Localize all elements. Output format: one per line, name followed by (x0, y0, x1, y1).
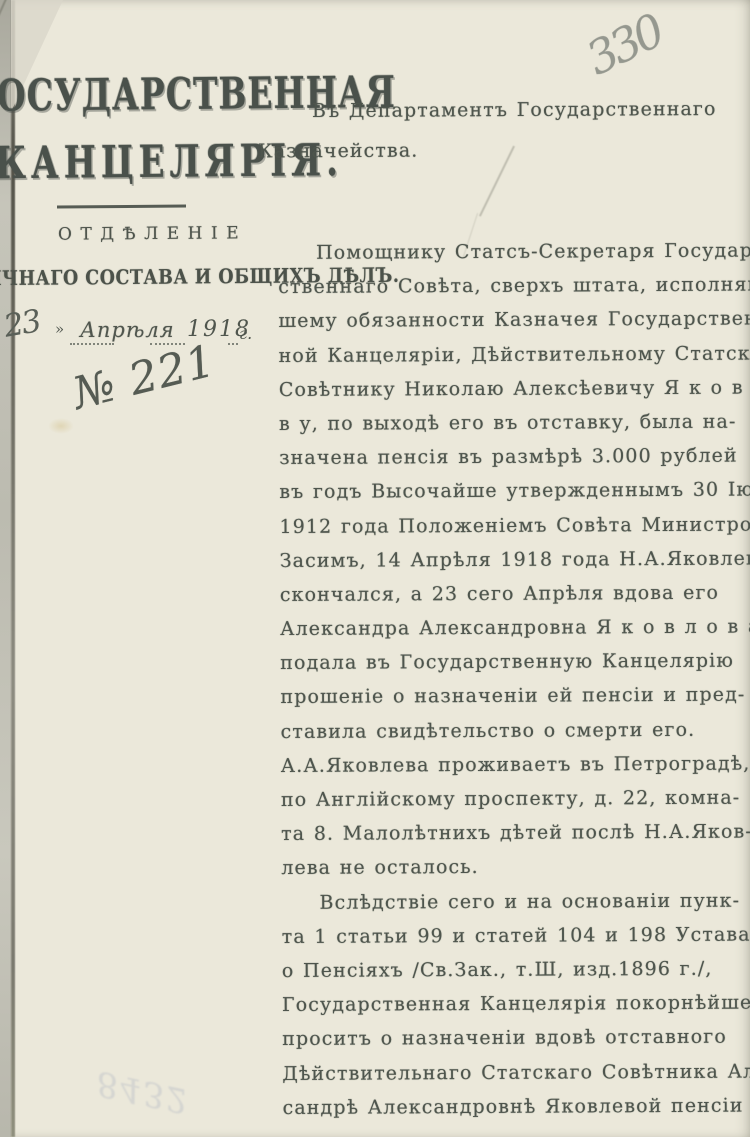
handwritten-day: 23 (1, 303, 42, 345)
typed-line: ственнаго Совѣта, сверхъ штата, исполняв… (278, 267, 750, 304)
addressee-line: Въ Департаментъ Государственнаго (312, 98, 717, 122)
typed-line: шему обязанности Казначея Государствен - (278, 302, 750, 339)
typed-line: въ годъ Высочайше утвержденнымъ 30 Іюля (279, 473, 750, 510)
scanned-document-page: 330 8432 ГОСУДАРСТВЕННАЯ КАНЦЕЛЯРІЯ. ОТД… (0, 0, 750, 1137)
typed-line: проситъ о назначеніи вдовѣ отставного (282, 1020, 750, 1057)
typed-line: Государственная Канцелярія покорнѣйше (282, 985, 750, 1022)
typed-line: в у, по выходѣ его въ отставку, была на- (279, 404, 750, 441)
letterhead-department-label: ОТДѢЛЕНІЕ (58, 223, 247, 244)
date-year-suffix: г. (239, 324, 252, 343)
dotted-leader (228, 342, 238, 345)
dotted-leader (70, 342, 114, 345)
typed-line: Вслѣдствіе сего и на основаніи пунк- (281, 883, 750, 920)
typed-line: прошеніе о назначеніи ей пенсіи и пред- (280, 678, 750, 715)
pencil-folio-number: 330 (578, 4, 670, 86)
faint-pencil-mark: 8432 (93, 1063, 194, 1122)
date-quote-mark: » (55, 320, 64, 338)
paper-stain (48, 418, 74, 434)
typed-line: Дѣйствительнаго Статскаго Совѣтника Алек… (282, 1054, 750, 1091)
typed-line: Совѣтнику Николаю Алексѣевичу Я к о в л … (279, 370, 750, 407)
typed-line: значена пенсія въ размѣрѣ 3.000 рублей (279, 438, 750, 475)
typed-line: та 1 статьи 99 и статей 104 и 198 Устава (282, 917, 750, 954)
letterhead-rule (57, 205, 186, 208)
typed-line: ставила свидѣтельство о смерти его. (281, 712, 750, 749)
date-month: Апрѣля (80, 318, 175, 342)
typed-line: Александра Александровна Я к о в л о в а (280, 609, 750, 646)
typed-line: Помощнику Статсъ-Секретаря Государ- (278, 233, 750, 270)
typed-line: Засимъ, 14 Апрѣля 1918 года Н.А.Яковлевъ (280, 541, 750, 578)
body-text: Помощнику Статсъ-Секретаря Государ-ствен… (278, 233, 750, 1125)
typed-line: подала въ Государственную Канцелярію (280, 644, 750, 681)
addressee-line: Казначейства. (258, 140, 418, 163)
typed-line: по Англійскому проспекту, д. 22, комна- (281, 780, 750, 817)
handwritten-document-number: № 221 (68, 335, 221, 419)
typed-line: лева не осталось. (281, 849, 750, 886)
typed-line: ной Канцеляріи, Дѣйствительному Статском… (279, 336, 750, 373)
typed-line: сандрѣ Александровнѣ Яковлевой пенсіи въ (282, 1088, 750, 1125)
typed-line: 1912 года Положеніемъ Совѣта Министровъ. (279, 507, 750, 544)
typed-line: та 8. Малолѣтнихъ дѣтей послѣ Н.А.Яков- (281, 814, 750, 851)
typed-line: о Пенсіяхъ /Св.Зак., т.Ш, изд.1896 г./, (282, 951, 750, 988)
paper-crease (479, 146, 515, 217)
typed-line: скончался, а 23 сего Апрѣля вдова его (280, 575, 750, 612)
typed-line: А.А.Яковлева проживаетъ въ Петроградѣ, (281, 746, 750, 783)
